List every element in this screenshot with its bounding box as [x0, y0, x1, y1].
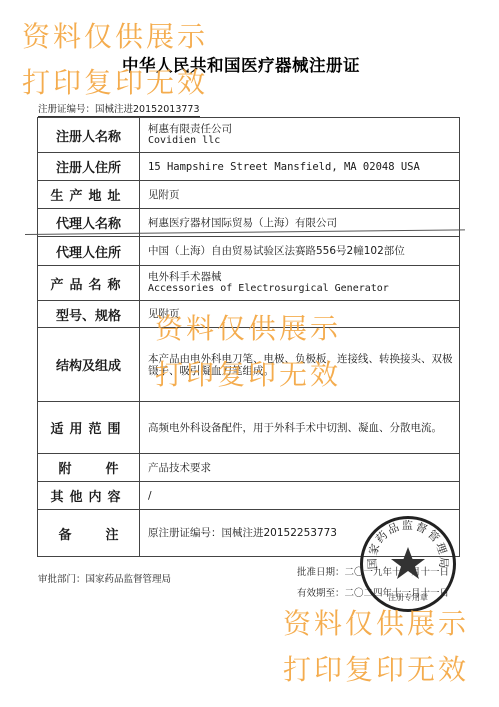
row-value: /	[140, 482, 460, 510]
row-label: 其他内容	[38, 482, 140, 510]
certificate-number-label: 注册证编号：	[38, 104, 95, 115]
row-value: 柯惠有限责任公司 Covidien llc	[140, 118, 460, 153]
table-row: 型号、规格 见附页	[38, 301, 460, 328]
row-label: 注册人名称	[38, 118, 140, 153]
row-value: 15 Hampshire Street Mansfield, MA 02048 …	[140, 153, 460, 181]
certificate-number: 注册证编号：国械注进20152013773	[38, 104, 200, 117]
row-value: 电外科手术器械 Accessories of Electrosurgical G…	[140, 266, 460, 301]
table-row: 其他内容 /	[38, 482, 460, 510]
approval-authority: 审批部门：国家药品监督管理局	[38, 571, 171, 585]
row-value: 见附页	[140, 301, 460, 328]
row-value: 中国（上海）自由贸易试验区法赛路556号2幢102部位	[140, 237, 460, 266]
row-label: 产品名称	[38, 266, 140, 301]
row-label: 代理人住所	[38, 237, 140, 266]
seal-sub-text: 注册专用章	[363, 592, 453, 603]
row-label: 注册人住所	[38, 153, 140, 181]
official-seal: 国家药品监督管理局 注册专用章	[360, 516, 456, 612]
table-row: 生产地址 见附页	[38, 181, 460, 209]
certificate-number-value: 国械注进20152013773	[95, 104, 200, 115]
document-title: 中华人民共和国医疗器械注册证	[122, 52, 392, 76]
table-row: 适用范围 高频电外科设备配件，用于外科手术中切割、凝血、分散电流。	[38, 402, 460, 454]
row-value: 见附页	[140, 181, 460, 209]
table-row: 附件 产品技术要求	[38, 454, 460, 482]
row-value: 本产品由电外科电刀笔、电极、负极板、连接线、转换接头、双极镊子、吸引凝血刀笔组成…	[140, 328, 460, 402]
row-label: 生产地址	[38, 181, 140, 209]
table-row: 结构及组成 本产品由电外科电刀笔、电极、负极板、连接线、转换接头、双极镊子、吸引…	[38, 328, 460, 402]
table-row: 注册人名称 柯惠有限责任公司 Covidien llc	[38, 118, 460, 153]
row-label: 适用范围	[38, 402, 140, 454]
table-row: 产品名称 电外科手术器械 Accessories of Electrosurgi…	[38, 266, 460, 301]
watermark-bottom: 资料仅供展示打印复印无效	[283, 601, 469, 693]
table-row: 注册人住所 15 Hampshire Street Mansfield, MA …	[38, 153, 460, 181]
row-value: 产品技术要求	[140, 454, 460, 482]
registration-table: 注册人名称 柯惠有限责任公司 Covidien llc 注册人住所 15 Ham…	[37, 117, 460, 557]
table-row: 代理人住所 中国（上海）自由贸易试验区法赛路556号2幢102部位	[38, 237, 460, 266]
row-label: 备注	[38, 510, 140, 557]
row-label: 型号、规格	[38, 301, 140, 328]
row-value: 高频电外科设备配件，用于外科手术中切割、凝血、分散电流。	[140, 402, 460, 454]
row-label: 附件	[38, 454, 140, 482]
row-label: 结构及组成	[38, 328, 140, 402]
